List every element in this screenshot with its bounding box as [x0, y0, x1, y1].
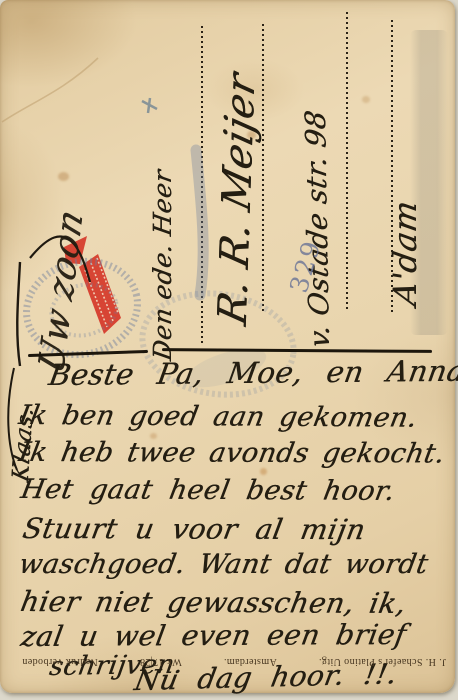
- paper-stain: [260, 468, 267, 475]
- crease-line: [2, 58, 98, 122]
- imprint-code: Wk 17|28: [140, 656, 182, 667]
- imprint-notice: Nadruk verboden: [22, 656, 98, 667]
- address-line-recipient-title: Den ede. Heer: [148, 168, 177, 363]
- address-dotted-line: [346, 12, 348, 312]
- message-line: Ik heb twee avonds gekocht.: [16, 437, 447, 469]
- message-line: hier niet gewasschen, ik,: [18, 585, 409, 620]
- paper-stain: [362, 96, 370, 103]
- paper-stain: [58, 172, 69, 181]
- message-line: Het gaat heel best hoor.: [18, 474, 397, 507]
- imprint-city: Amsterdam.: [224, 656, 277, 667]
- postcard-back: Den ede. Heer R. R. Meijer v. Ostade str…: [0, 0, 455, 693]
- address-line-recipient-name: R. R. Meijer: [210, 68, 264, 329]
- imprint-publisher: J. H. Schaefer's Platino Uitg.: [319, 656, 446, 667]
- message-line: Stuurt u voor al mijn: [20, 512, 368, 546]
- message-line: waschgoed. Want dat wordt: [17, 549, 431, 580]
- handdrawn-divider: [162, 348, 432, 353]
- blue-pen-mark: [142, 98, 157, 113]
- address-dotted-line: [201, 26, 203, 346]
- message-line: Beste Pa, Moe, en Anna: [46, 354, 458, 392]
- address-dotted-line: [262, 24, 264, 314]
- publisher-imprint: J. H. Schaefer's Platino Uitg. Amsterdam…: [22, 656, 446, 667]
- message-line: zal u wel even een brief: [18, 618, 408, 653]
- message-line: Ik ben goed aan gekomen.: [16, 400, 420, 434]
- address-line-street: v. Ostade str. 98: [299, 108, 336, 349]
- address-line-city: A'dam: [386, 198, 424, 308]
